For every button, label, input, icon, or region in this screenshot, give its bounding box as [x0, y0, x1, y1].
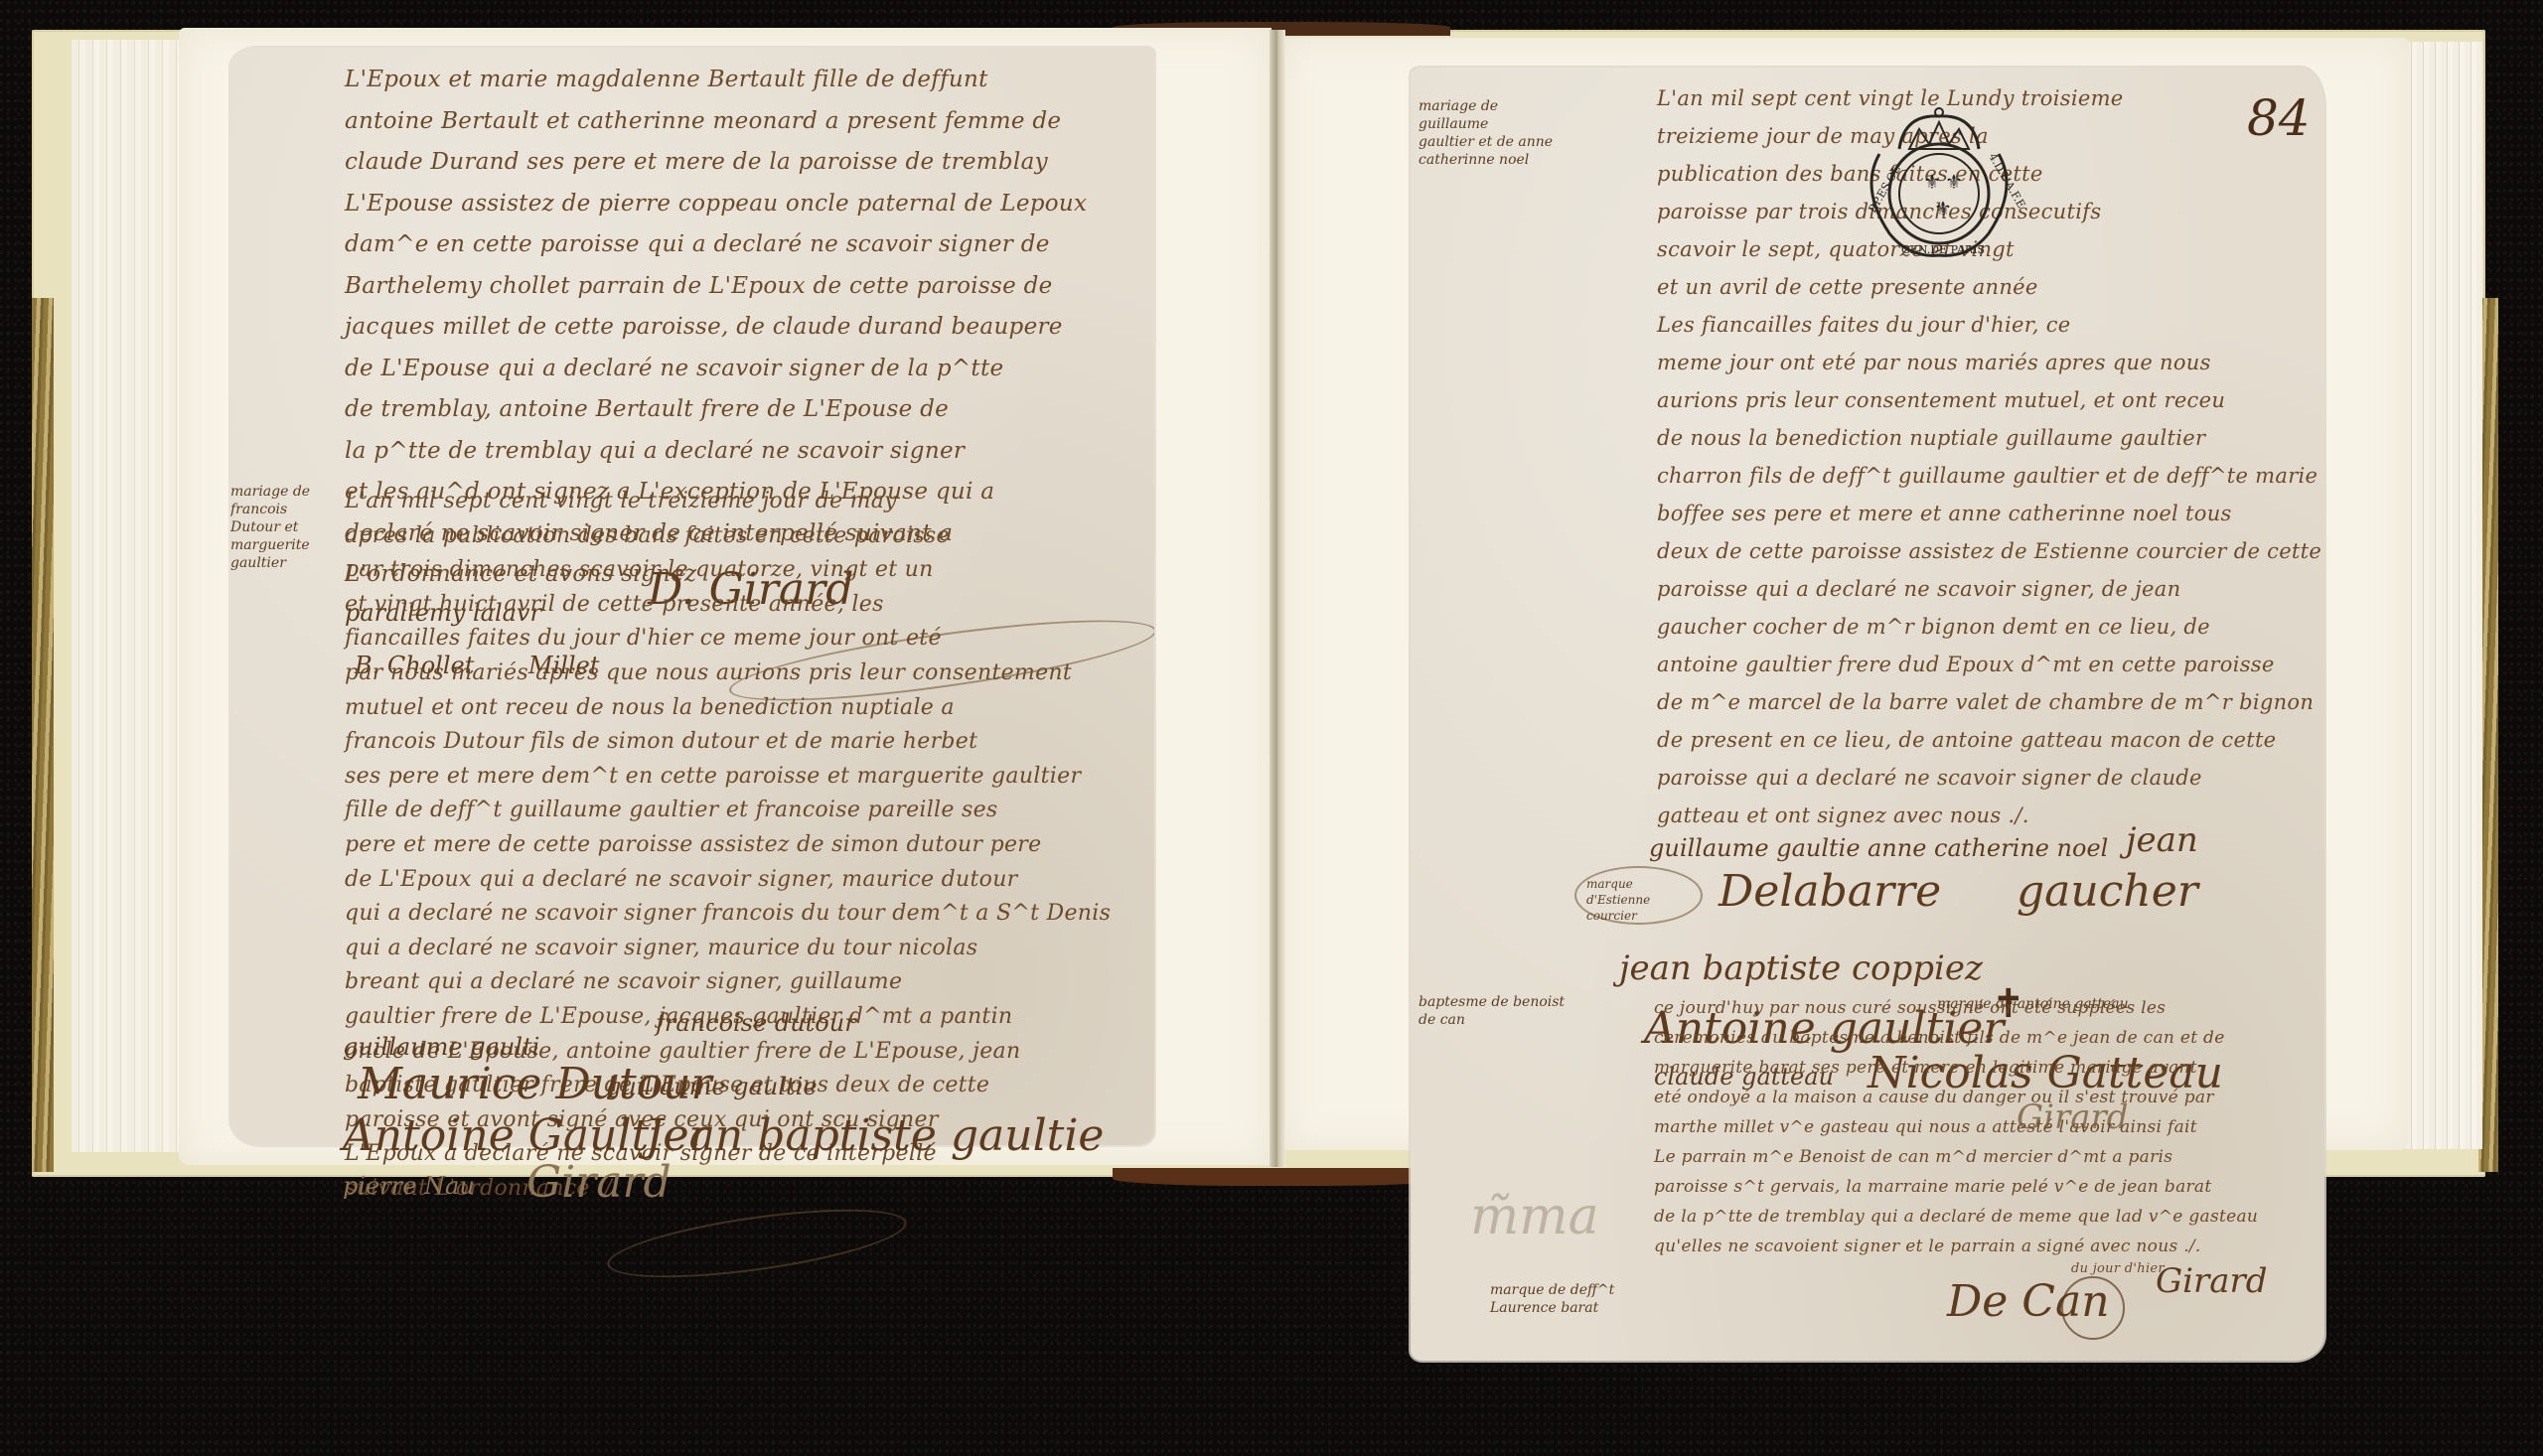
text-line: paroisse s^t gervais, la marraine marie … — [1654, 1172, 2258, 1202]
margin-note-line: gaultier — [230, 554, 340, 572]
text-line: fiancailles faites du jour d'hier ce mem… — [345, 622, 1111, 656]
text-line: gatteau et ont signez avec nous ./. — [1657, 797, 2321, 834]
signature: guillaume gaultie — [606, 1073, 818, 1100]
text-line: L'Epouse assistez de pierre coppeau oncl… — [345, 184, 1087, 225]
text-line: pere et mere de cette paroisse assistez … — [345, 828, 1111, 863]
text-line: claude Durand ses pere et mere de la par… — [345, 142, 1087, 184]
page-edges-left — [72, 40, 182, 1152]
text-line: ses pere et mere dem^t en cette paroisse… — [345, 760, 1111, 795]
text-line: paroisse qui a declaré ne scavoir signer… — [1657, 570, 2321, 608]
text-line: breant qui a declaré ne scavoir signer, … — [345, 965, 1111, 1000]
signature: gaucher — [2017, 866, 2198, 917]
margin-note-line: baptesme de benoist — [1419, 993, 1568, 1011]
cross-mark-label: marque de deff^t Laurence barat — [1490, 1281, 1669, 1317]
text-line: qui a declaré ne scavoir signer francois… — [345, 897, 1111, 932]
signature: Jean baptiste gaultie — [646, 1110, 1104, 1161]
svg-text:⚜: ⚜ — [1945, 170, 1963, 194]
signature: jean baptiste coppiez — [1619, 948, 1983, 988]
text-line: antoine Bertault et catherinne meonard a… — [345, 101, 1087, 143]
margin-note-line: de can — [1419, 1011, 1568, 1029]
text-line: marthe millet v^e gasteau qui nous a att… — [1654, 1112, 2258, 1142]
folio-number: 84 — [2247, 89, 2311, 147]
text-line: dam^e en cette paroisse qui a declaré ne… — [345, 224, 1087, 266]
text-line: L'an mil sept cent vingt le treizieme jo… — [345, 485, 1111, 519]
text-line: francois Dutour fils de simon dutour et … — [345, 725, 1111, 760]
text-line: deux de cette paroisse assistez de Estie… — [1657, 532, 2321, 570]
text-line: et vingt huict avril de cette presente a… — [345, 588, 1111, 623]
text-line: qui a declaré ne scavoir signer, maurice… — [345, 932, 1111, 966]
margin-note: baptesme de benoist de can — [1419, 993, 1568, 1029]
margin-note: mariage de francois Dutour et marguerite… — [230, 483, 340, 572]
svg-text:⚜: ⚜ — [1923, 170, 1941, 194]
witness-mark-oval: marque d'Estienne courcier — [1574, 866, 1703, 925]
text-line: marguerite barat ses pere et mere en leg… — [1654, 1053, 2258, 1083]
text-line: et un avril de cette presente année — [1657, 268, 2321, 306]
text-line: charron fils de deff^t guillaume gaultie… — [1657, 457, 2321, 495]
text-line: par nous mariés apres que nous aurions p… — [345, 656, 1111, 691]
text-line: Barthelemy chollet parrain de L'Epoux de… — [345, 266, 1087, 308]
text-line: mutuel et ont receu de nous la benedicti… — [345, 691, 1111, 726]
witness-mark-label: marque d'Estienne courcier — [1576, 868, 1701, 932]
fleur-de-lis-seal-icon: ⚜ ⚜ ⚜ P.P.ES.OL 4.D.L'A.F.E GEN.DE PARIS — [1850, 94, 2028, 263]
signature-flourish — [604, 1196, 911, 1291]
text-line: par trois dimanches scavoir le quatorze,… — [345, 553, 1111, 588]
text-line: de L'Epouse qui a declaré ne scavoir sig… — [345, 349, 1087, 390]
book-gutter — [1270, 30, 1285, 1167]
svg-text:⚜: ⚜ — [1934, 197, 1952, 220]
text-line: aurions pris leur consentement mutuel, e… — [1657, 381, 2321, 419]
text-line: L'Epoux et marie magdalenne Bertault fil… — [345, 60, 1087, 101]
margin-note-line: mariage de francois — [230, 483, 340, 518]
text-line: de la p^tte de tremblay qui a declaré de… — [1654, 1202, 2258, 1232]
marbled-endpaper-left — [32, 298, 54, 1172]
text-line: paroisse qui a declaré ne scavoir signer… — [1657, 759, 2321, 797]
signature: anne catherine noel — [1868, 834, 2108, 862]
text-line: qu'elles ne scavoient signer et le parra… — [1654, 1232, 2258, 1261]
text-line: eté ondoyé a la maison a cause du danger… — [1654, 1083, 2258, 1112]
margin-note-line: gaultier et de anne — [1419, 133, 1568, 151]
signature-paraph-icon — [2061, 1276, 2125, 1340]
signature: Delabarre — [1719, 866, 1941, 917]
page-edges-right — [2404, 42, 2482, 1149]
text-line: ce jourd'huy par nous curé soussigné ont… — [1654, 993, 2258, 1023]
svg-text:GEN.DE PARIS: GEN.DE PARIS — [1901, 243, 1985, 256]
text-line: ceremonies du baptesme a benoist fils de… — [1654, 1023, 2258, 1053]
signature-priest: Girard — [526, 1157, 672, 1208]
signature: guillaume gaultie — [1649, 834, 1861, 862]
text-line: jacques millet de cette paroisse, de cla… — [345, 307, 1087, 349]
mark-text: marque de deff^t Laurence barat — [1490, 1282, 1614, 1316]
text-line: de tremblay, antoine Bertault frere de L… — [345, 389, 1087, 431]
bleed-through-ink: m̃ma — [1470, 1187, 1599, 1246]
text-line: Le parrain m^e Benoist de can m^d mercie… — [1654, 1142, 2258, 1172]
text-line: de m^e marcel de la barre valet de chamb… — [1657, 683, 2321, 721]
signature: guillaume gaulti — [343, 1033, 539, 1061]
text-line: de L'Epoux qui a declaré ne scavoir sign… — [345, 863, 1111, 898]
spine-headband-bottom — [1113, 1168, 1450, 1186]
text-line: la p^tte de tremblay qui a declaré ne sc… — [345, 431, 1087, 473]
text-line: gaucher cocher de m^r bignon demt en ce … — [1657, 608, 2321, 646]
margin-note-line: Dutour et marguerite — [230, 518, 340, 554]
text-line: boffee ses pere et mere et anne catherin… — [1657, 495, 2321, 532]
signature-priest: Girard — [2156, 1261, 2268, 1301]
signature: pierre Nau — [343, 1172, 475, 1200]
text-line: apres la publication des bans faites en … — [345, 519, 1111, 554]
royal-stamp-icon: ⚜ ⚜ ⚜ P.P.ES.OL 4.D.L'A.F.E GEN.DE PARIS — [1850, 94, 2028, 263]
right-entry-2-block: ce jourd'huy par nous curé soussigné ont… — [1654, 993, 2258, 1277]
text-line: antoine gaultier frere dud Epoux d^mt en… — [1657, 646, 2321, 683]
signature: francoise dutour — [656, 1009, 856, 1037]
margin-note-line: catherinne noel — [1419, 151, 1568, 169]
svg-text:4.D.L'A.F.E: 4.D.L'A.F.E — [1986, 151, 2027, 211]
margin-note-line: mariage de guillaume — [1419, 97, 1568, 133]
margin-note: mariage de guillaume gaultier et de anne… — [1419, 97, 1568, 169]
text-line: meme jour ont eté par nous mariés apres … — [1657, 344, 2321, 381]
text-line: de present en ce lieu, de antoine gattea… — [1657, 721, 2321, 759]
text-line: Les fiancailles faites du jour d'hier, c… — [1657, 306, 2321, 344]
text-line: fille de deff^t guillaume gaultier et fr… — [345, 794, 1111, 828]
text-line: de nous la benediction nuptiale guillaum… — [1657, 419, 2321, 457]
signature: jean — [2126, 820, 2198, 860]
